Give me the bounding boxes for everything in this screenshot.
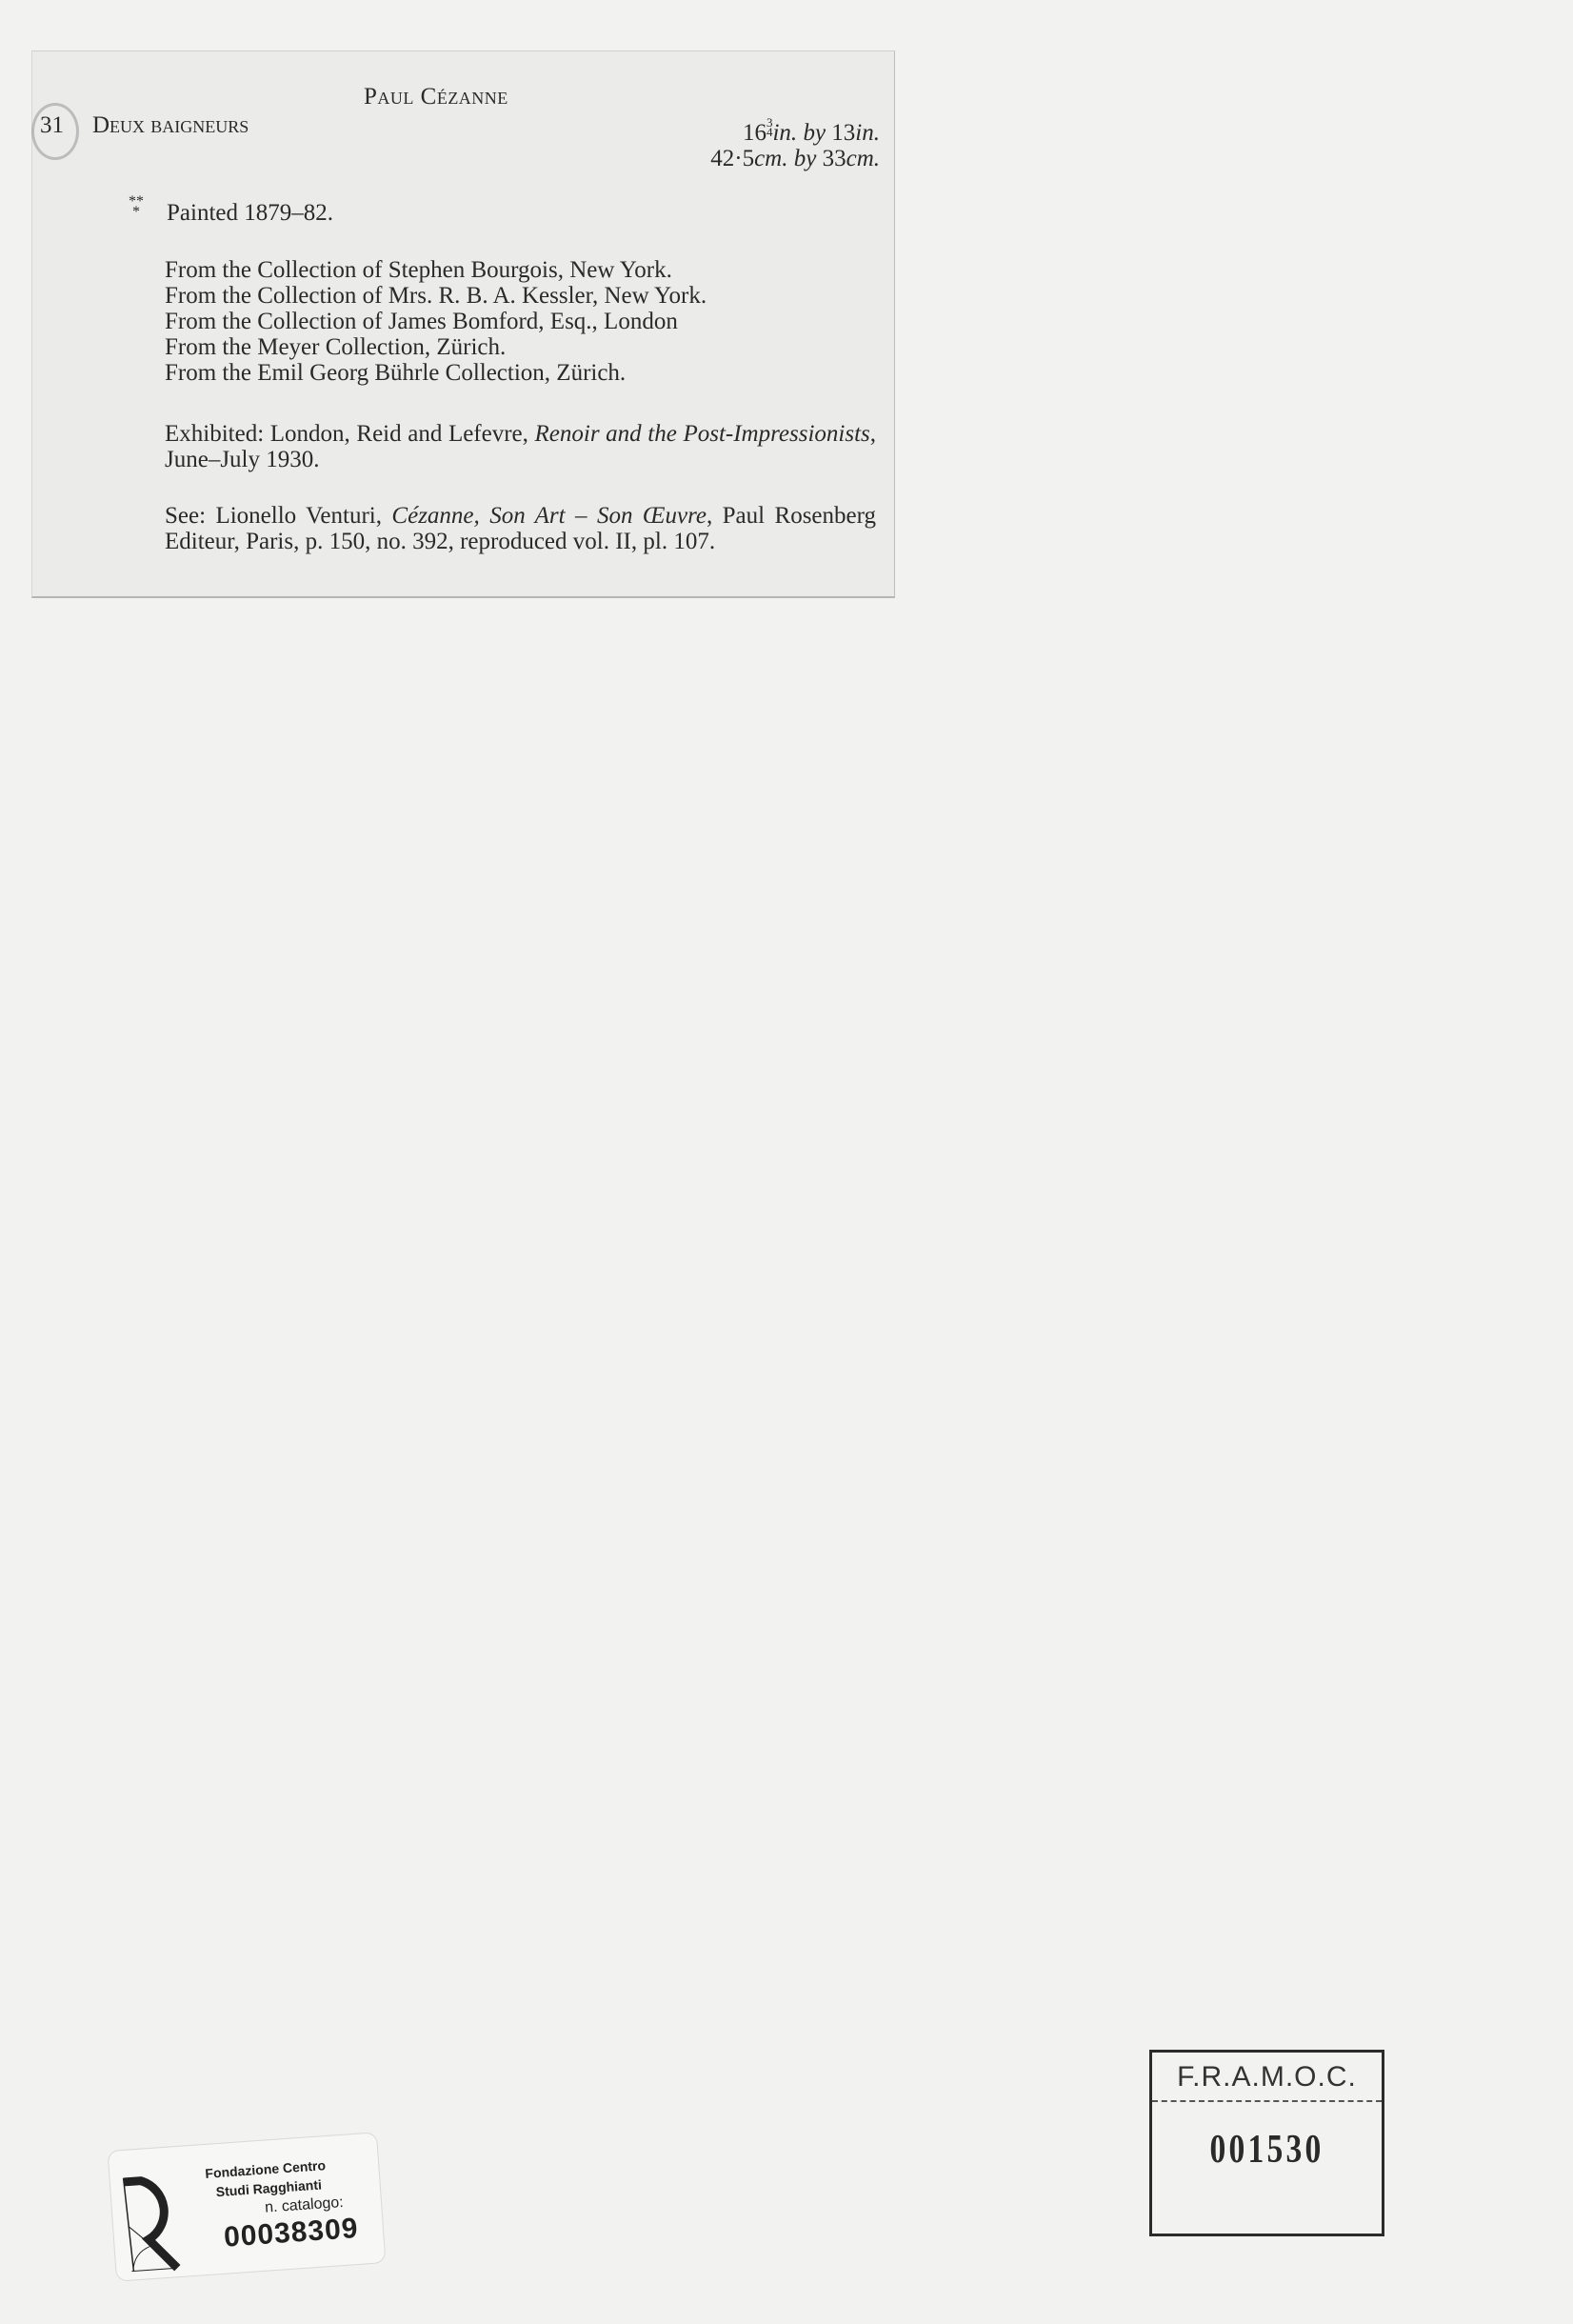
asterisk-mark: *** — [129, 196, 144, 217]
framoc-stamp-header: F.R.A.M.O.C. — [1152, 2053, 1382, 2102]
artist-name: Paul Cézanne — [364, 84, 508, 110]
painted-date: Painted 1879–82. — [167, 200, 333, 227]
sticker-catalog-number: 00038309 — [223, 2213, 360, 2254]
provenance-item: From the Collection of Stephen Bourgois,… — [165, 257, 876, 283]
ragghianti-logo-icon — [121, 2171, 185, 2274]
provenance-list: From the Collection of Stephen Bourgois,… — [165, 257, 876, 386]
literature-reference: See: Lionello Venturi, Cézanne, Son Art … — [165, 503, 876, 554]
provenance-item: From the Collection of James Bomford, Es… — [165, 309, 876, 334]
dimensions-cm: 42·5cm. by 33cm. — [710, 146, 880, 171]
ragghianti-catalog-sticker: Fondazione Centro Studi Ragghianti n. ca… — [108, 2132, 387, 2281]
dimensions-inches: 1634in. by 13in. — [710, 118, 880, 146]
framoc-stamp: F.R.A.M.O.C. 001530 — [1149, 2050, 1384, 2236]
framoc-stamp-number: 001530 — [1175, 2127, 1359, 2173]
exhibition-note: Exhibited: London, Reid and Lefevre, Ren… — [165, 421, 876, 472]
provenance-item: From the Meyer Collection, Zürich. — [165, 334, 876, 360]
provenance-item: From the Collection of Mrs. R. B. A. Kes… — [165, 283, 876, 309]
dimensions: 1634in. by 13in. 42·5cm. by 33cm. — [710, 118, 880, 171]
artwork-title: Deux baigneurs — [92, 112, 249, 139]
lot-number: 31 — [40, 112, 64, 139]
provenance-item: From the Emil Georg Bührle Collection, Z… — [165, 360, 876, 386]
